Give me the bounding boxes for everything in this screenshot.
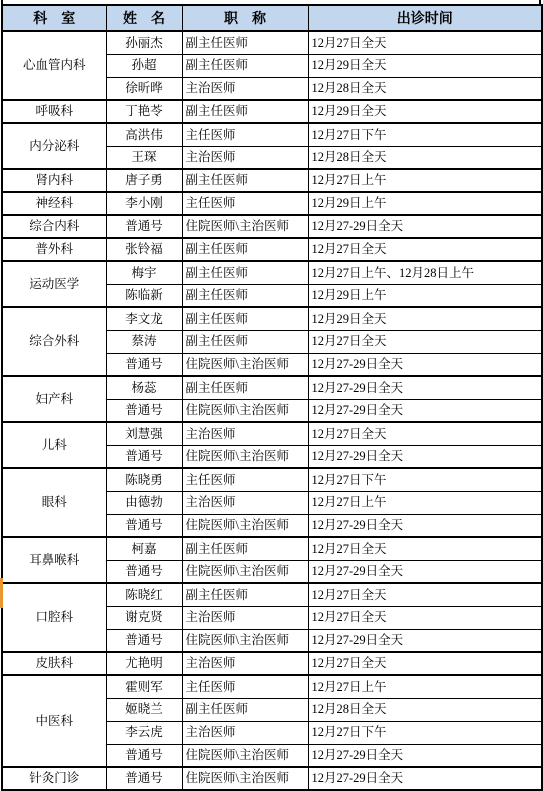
table-row: 综合内科普通号住院医师\主治医师12月27-29日全天 (2, 215, 542, 238)
time-cell: 12月27日下午 (308, 123, 542, 146)
title-cell: 副主任医师 (182, 330, 308, 353)
title-cell: 副主任医师 (182, 100, 308, 123)
time-cell: 12月27-29日全天 (308, 767, 542, 790)
header-department: 科 室 (2, 5, 106, 31)
title-cell: 主治医师 (182, 606, 308, 629)
time-cell: 12月27日全天 (308, 422, 542, 445)
time-cell: 12月27日上午 (308, 169, 542, 192)
title-cell: 主任医师 (182, 675, 308, 698)
time-cell: 12月27日下午 (308, 721, 542, 744)
title-cell: 主任医师 (182, 123, 308, 146)
name-cell: 普通号 (106, 445, 182, 468)
name-cell: 唐子勇 (106, 169, 182, 192)
table-row: 运动医学梅宇副主任医师12月27日上午、12月28日上午 (2, 261, 542, 284)
table-row: 妇产科杨蕊副主任医师12月27-29日全天 (2, 376, 542, 399)
time-cell: 12月28日全天 (308, 146, 542, 169)
name-cell: 普通号 (106, 353, 182, 376)
department-cell: 耳鼻喉科 (2, 537, 106, 583)
department-cell: 肾内科 (2, 169, 106, 192)
time-cell: 12月29日全天 (308, 100, 542, 123)
time-cell: 12月27日下午 (308, 468, 542, 491)
table-row: 普外科张铃福副主任医师12月27日全天 (2, 238, 542, 261)
title-cell: 副主任医师 (182, 583, 308, 606)
header-title: 职 称 (182, 5, 308, 31)
name-cell: 丁艳苓 (106, 100, 182, 123)
title-cell: 副主任医师 (182, 698, 308, 721)
name-cell: 王琛 (106, 146, 182, 169)
name-cell: 李小刚 (106, 192, 182, 215)
title-cell: 主治医师 (182, 721, 308, 744)
time-cell: 12月27-29日全天 (308, 376, 542, 399)
name-cell: 陈晓红 (106, 583, 182, 606)
title-cell: 住院医师\主治医师 (182, 215, 308, 238)
table-row: 眼科陈晓勇主任医师12月27日下午 (2, 468, 542, 491)
department-cell: 呼吸科 (2, 100, 106, 123)
title-cell: 主治医师 (182, 146, 308, 169)
time-cell: 12月27-29日全天 (308, 353, 542, 376)
department-cell: 眼科 (2, 468, 106, 537)
title-cell: 副主任医师 (182, 376, 308, 399)
table-row: 耳鼻喉科柯嘉副主任医师12月27日全天 (2, 537, 542, 560)
time-cell: 12月27-29日全天 (308, 514, 542, 537)
name-cell: 普通号 (106, 744, 182, 767)
table-row: 口腔科陈晓红副主任医师12月27日全天 (2, 583, 542, 606)
name-cell: 尤艳明 (106, 652, 182, 675)
name-cell: 陈晓勇 (106, 468, 182, 491)
table-row: 针灸门诊普通号住院医师\主治医师12月27-29日全天 (2, 767, 542, 790)
table-row: 皮肤科尤艳明主治医师12月27日全天 (2, 652, 542, 675)
title-cell: 主治医师 (182, 491, 308, 514)
name-cell: 孙超 (106, 54, 182, 77)
title-cell: 住院医师\主治医师 (182, 399, 308, 422)
time-cell: 12月27日全天 (308, 238, 542, 261)
title-cell: 副主任医师 (182, 307, 308, 330)
title-cell: 住院医师\主治医师 (182, 767, 308, 790)
time-cell: 12月27日全天 (308, 652, 542, 675)
title-cell: 住院医师\主治医师 (182, 744, 308, 767)
name-cell: 普通号 (106, 629, 182, 652)
time-cell: 12月27日全天 (308, 606, 542, 629)
title-cell: 主治医师 (182, 77, 308, 100)
time-cell: 12月27-29日全天 (308, 560, 542, 583)
table-row: 心血管内科孙丽杰副主任医师12月27日全天 (2, 31, 542, 54)
name-cell: 由德勃 (106, 491, 182, 514)
department-cell: 妇产科 (2, 376, 106, 422)
time-cell: 12月29日全天 (308, 54, 542, 77)
department-cell: 口腔科 (2, 583, 106, 652)
table-row: 综合外科李文龙副主任医师12月29日全天 (2, 307, 542, 330)
name-cell: 张铃福 (106, 238, 182, 261)
time-cell: 12月29日全天 (308, 307, 542, 330)
department-cell: 皮肤科 (2, 652, 106, 675)
title-cell: 住院医师\主治医师 (182, 629, 308, 652)
header-visit-time: 出诊时间 (308, 5, 542, 31)
title-cell: 副主任医师 (182, 31, 308, 54)
department-cell: 中医科 (2, 675, 106, 767)
schedule-table-body: 心血管内科孙丽杰副主任医师12月27日全天孙超副主任医师12月29日全天徐昕晔主… (2, 31, 542, 790)
title-cell: 住院医师\主治医师 (182, 353, 308, 376)
name-cell: 姬晓兰 (106, 698, 182, 721)
department-cell: 针灸门诊 (2, 767, 106, 790)
title-cell: 副主任医师 (182, 537, 308, 560)
department-cell: 运动医学 (2, 261, 106, 307)
time-cell: 12月27日全天 (308, 583, 542, 606)
time-cell: 12月27日上午 (308, 675, 542, 698)
name-cell: 高洪伟 (106, 123, 182, 146)
table-row: 呼吸科丁艳苓副主任医师12月29日全天 (2, 100, 542, 123)
department-cell: 普外科 (2, 238, 106, 261)
time-cell: 12月27日全天 (308, 330, 542, 353)
title-cell: 副主任医师 (182, 238, 308, 261)
table-row: 中医科霍则军主任医师12月27日上午 (2, 675, 542, 698)
department-cell: 儿科 (2, 422, 106, 468)
department-cell: 神经科 (2, 192, 106, 215)
name-cell: 杨蕊 (106, 376, 182, 399)
title-cell: 主治医师 (182, 652, 308, 675)
name-cell: 普通号 (106, 514, 182, 537)
time-cell: 12月27-29日全天 (308, 744, 542, 767)
name-cell: 梅宇 (106, 261, 182, 284)
time-cell: 12月27-29日全天 (308, 399, 542, 422)
title-cell: 主治医师 (182, 422, 308, 445)
title-cell: 副主任医师 (182, 54, 308, 77)
title-cell: 住院医师\主治医师 (182, 445, 308, 468)
department-cell: 内分泌科 (2, 123, 106, 169)
name-cell: 柯嘉 (106, 537, 182, 560)
name-cell: 蔡涛 (106, 330, 182, 353)
time-cell: 12月27日全天 (308, 31, 542, 54)
name-cell: 刘慧强 (106, 422, 182, 445)
time-cell: 12月27-29日全天 (308, 629, 542, 652)
time-cell: 12月28日全天 (308, 77, 542, 100)
name-cell: 李文龙 (106, 307, 182, 330)
time-cell: 12月27日全天 (308, 537, 542, 560)
table-row: 神经科李小刚主任医师12月29日上午 (2, 192, 542, 215)
department-cell: 综合内科 (2, 215, 106, 238)
department-cell: 心血管内科 (2, 31, 106, 100)
name-cell: 普通号 (106, 399, 182, 422)
title-cell: 住院医师\主治医师 (182, 560, 308, 583)
name-cell: 普通号 (106, 560, 182, 583)
duty-schedule-table: 科 室 姓 名 职 称 出诊时间 心血管内科孙丽杰副主任医师12月27日全天孙超… (1, 4, 543, 791)
name-cell: 陈临新 (106, 284, 182, 307)
table-header: 科 室 姓 名 职 称 出诊时间 (2, 5, 542, 31)
time-cell: 12月27-29日全天 (308, 445, 542, 468)
title-cell: 主任医师 (182, 468, 308, 491)
name-cell: 李云虎 (106, 721, 182, 744)
title-cell: 副主任医师 (182, 169, 308, 192)
department-cell: 综合外科 (2, 307, 106, 376)
time-cell: 12月27-29日全天 (308, 215, 542, 238)
table-row: 儿科刘慧强主治医师12月27日全天 (2, 422, 542, 445)
time-cell: 12月27日上午、12月28日上午 (308, 261, 542, 284)
header-row: 科 室 姓 名 职 称 出诊时间 (2, 5, 542, 31)
title-cell: 主任医师 (182, 192, 308, 215)
table-row: 内分泌科高洪伟主任医师12月27日下午 (2, 123, 542, 146)
time-cell: 12月29日上午 (308, 284, 542, 307)
name-cell: 孙丽杰 (106, 31, 182, 54)
header-name: 姓 名 (106, 5, 182, 31)
title-cell: 住院医师\主治医师 (182, 514, 308, 537)
name-cell: 普通号 (106, 767, 182, 790)
time-cell: 12月28日全天 (308, 698, 542, 721)
name-cell: 谢克贤 (106, 606, 182, 629)
title-cell: 副主任医师 (182, 261, 308, 284)
left-edge-orange-marker (0, 578, 3, 608)
name-cell: 普通号 (106, 215, 182, 238)
name-cell: 霍则军 (106, 675, 182, 698)
title-cell: 副主任医师 (182, 284, 308, 307)
time-cell: 12月27日上午 (308, 491, 542, 514)
table-row: 肾内科唐子勇副主任医师12月27日上午 (2, 169, 542, 192)
name-cell: 徐昕晔 (106, 77, 182, 100)
time-cell: 12月29日上午 (308, 192, 542, 215)
